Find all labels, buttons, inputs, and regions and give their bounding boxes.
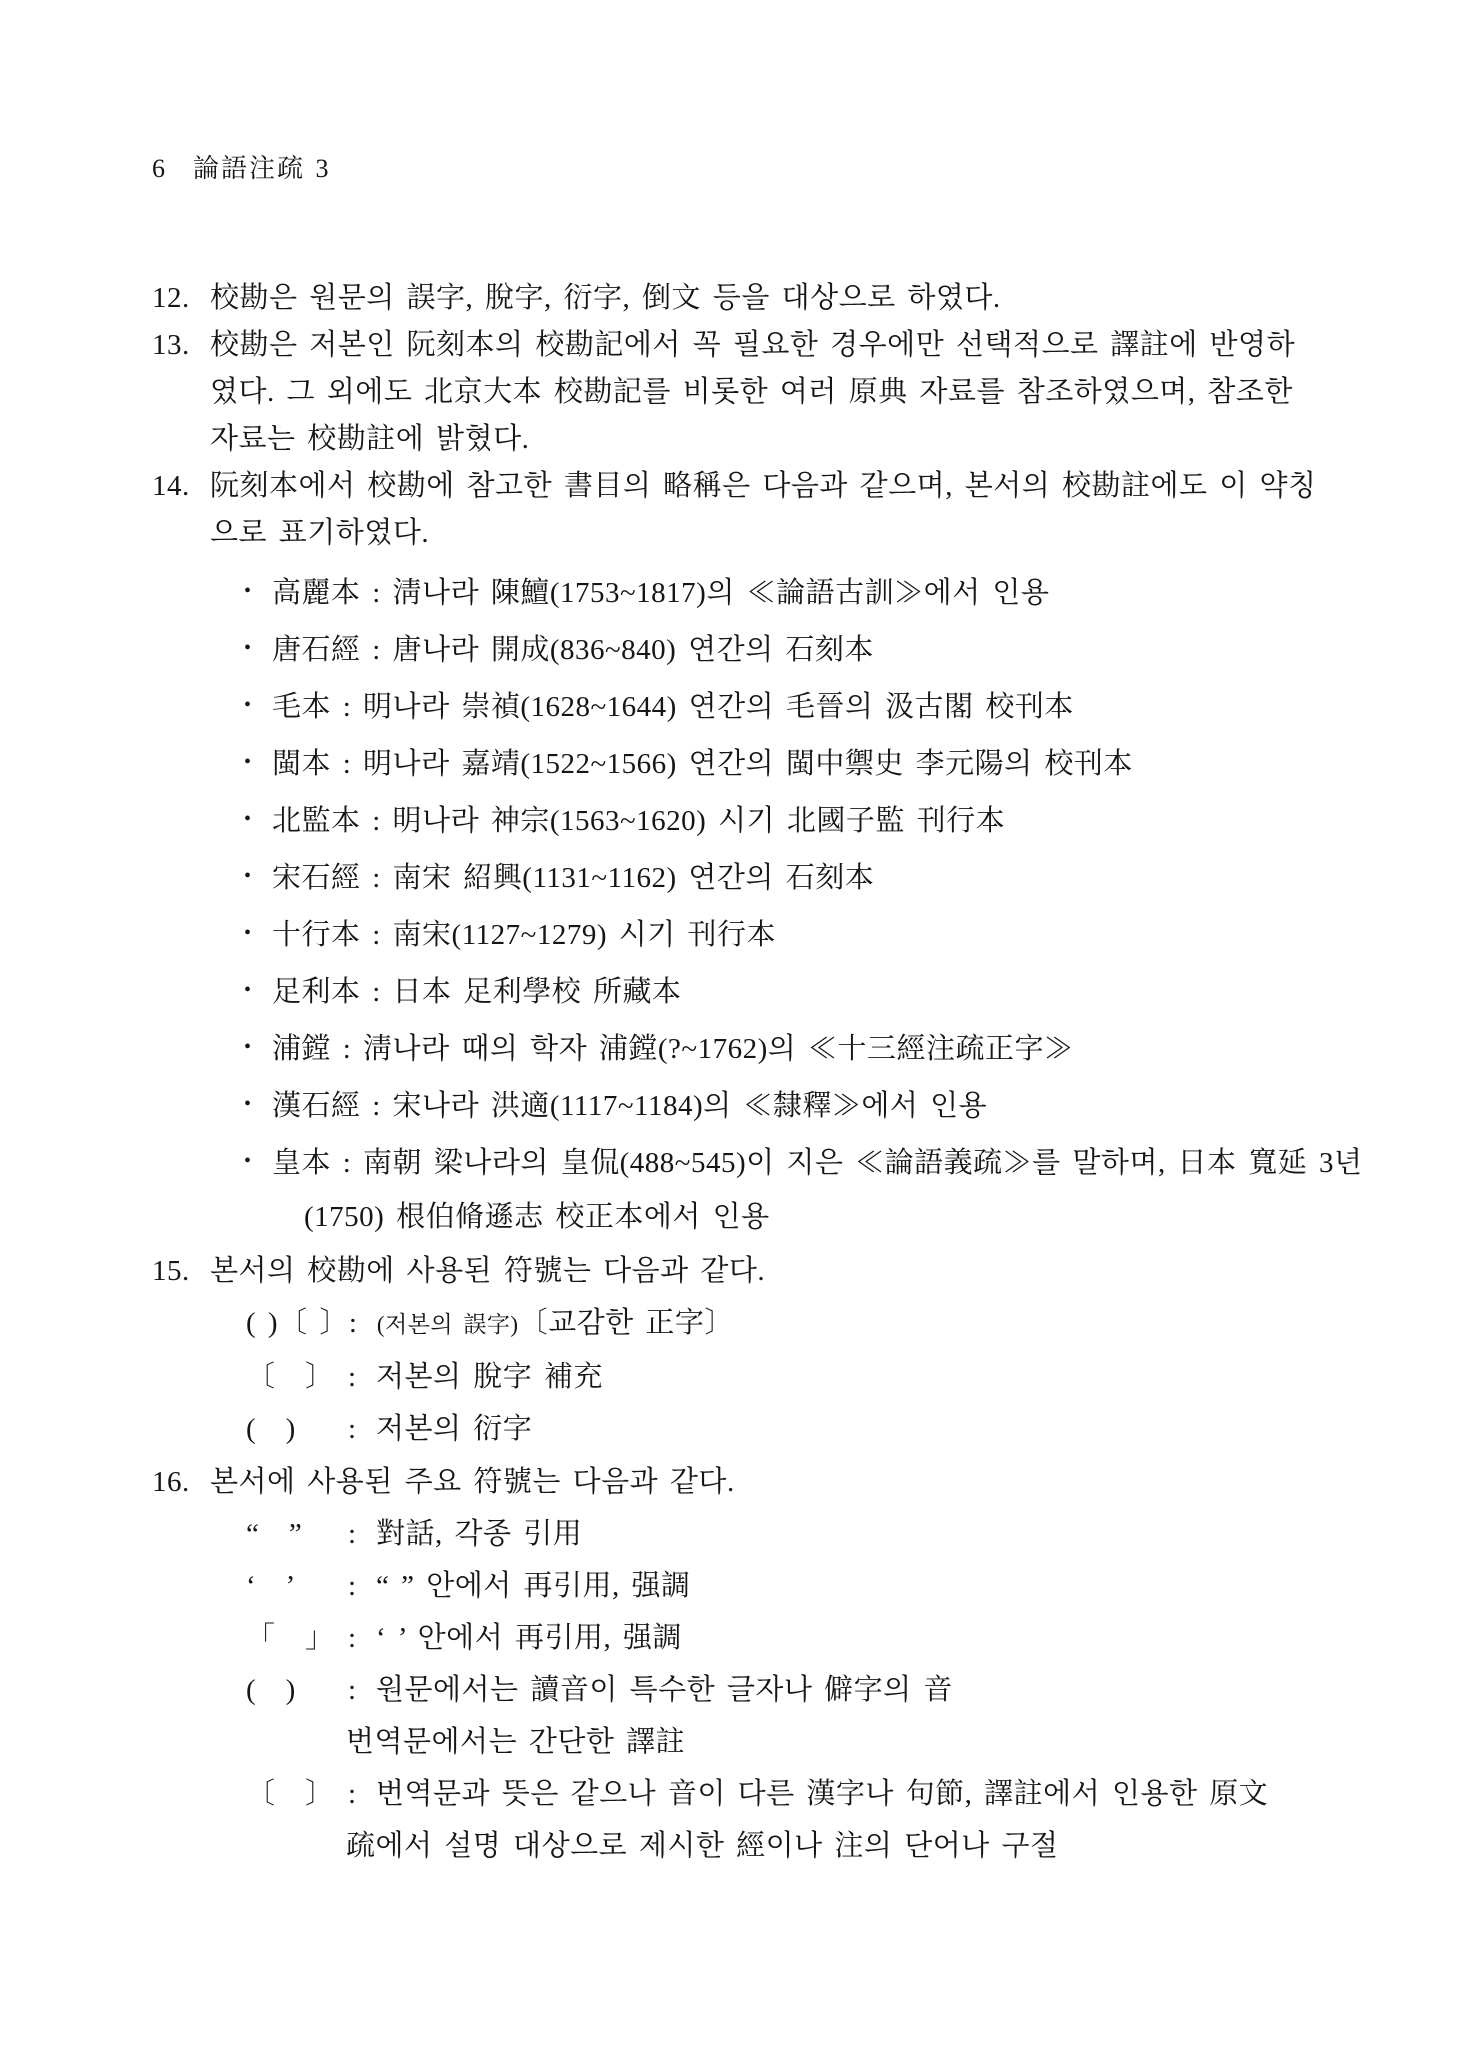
symbol-description: “ ” 안에서 再引用, 强調	[376, 1560, 691, 1612]
numbered-item-15: 15. 본서의 校勘에 사용된 符號는 다음과 같다. ( )〔 〕 : (저본…	[152, 1248, 1452, 1455]
symbol-description-main: 〔교감한 正字〕	[519, 1307, 734, 1339]
list-item-continuation: (1750) 根伯脩遜志 校正本에서 인용	[304, 1192, 1452, 1242]
list-item-text: 十行本 : 南宋(1127~1279) 시기 刊行本	[272, 919, 776, 951]
symbol-glyphs: ‘ ’	[246, 1560, 348, 1612]
item-number: 15.	[152, 1248, 190, 1295]
bullet-icon: •	[244, 734, 252, 791]
list-item-text: 皇本 : 南朝 梁나라의 皇侃(488~545)이 지은 ≪論語義疏≫를 말하며…	[272, 1147, 1362, 1179]
list-item-text: 宋石經 : 南宋 紹興(1131~1162) 연간의 石刻本	[272, 862, 874, 894]
symbol-description: 저본의 衍字	[376, 1403, 532, 1455]
symbol-description-continuation: 疏에서 설명 대상으로 제시한 經이나 注의 단어나 구절	[346, 1820, 1452, 1872]
list-item: •十行本 : 南宋(1127~1279) 시기 刊行本	[242, 907, 1452, 964]
page-content: 12. 校勘은 원문의 誤字, 脫字, 衍字, 倒文 등을 대상으로 하였다. …	[152, 275, 1452, 1876]
symbol-description: 對話, 각종 引用	[376, 1508, 582, 1560]
book-title: 論語注疏 3	[193, 154, 331, 183]
separator-colon: :	[348, 1612, 376, 1664]
list-item: •足利本 : 日本 足利學校 所藏本	[242, 964, 1452, 1021]
list-item-text: 閩本 : 明나라 嘉靖(1522~1566) 연간의 閩中禦史 李元陽의 校刊本	[272, 748, 1133, 780]
bullet-icon: •	[244, 1019, 252, 1076]
symbol-description: 번역문과 뜻은 같으나 音이 다른 漢字나 句節, 譯註에서 인용한 原文	[376, 1768, 1268, 1820]
list-item: •北監本 : 明나라 神宗(1563~1620) 시기 北國子監 刊行本	[242, 793, 1452, 850]
separator-colon: :	[348, 1664, 376, 1716]
symbol-glyphs: ( )	[246, 1403, 348, 1455]
symbol-glyphs: 〔 〕	[246, 1351, 348, 1403]
numbered-item-12: 12. 校勘은 원문의 誤字, 脫字, 衍字, 倒文 등을 대상으로 하였다.	[152, 275, 1452, 322]
symbol-description-continuation: 번역문에서는 간단한 譯註	[346, 1716, 1452, 1768]
item-line: 본서의 校勘에 사용된 符號는 다음과 같다.	[210, 1248, 1452, 1295]
separator-colon: :	[349, 1297, 377, 1351]
list-item-text: 北監本 : 明나라 神宗(1563~1620) 시기 北國子監 刊行本	[272, 805, 1005, 837]
item-line: 본서에 사용된 주요 符號는 다음과 같다.	[210, 1459, 1452, 1506]
list-item-text: 足利本 : 日本 足利學校 所藏本	[272, 976, 682, 1008]
numbered-item-14: 14. 阮刻本에서 校勘에 참고한 書目의 略稱은 다음과 같으며, 본서의 校…	[152, 463, 1452, 1242]
symbol-glyphs: ( )〔 〕	[246, 1297, 349, 1351]
bullet-icon: •	[244, 848, 252, 905]
separator-colon: :	[348, 1351, 376, 1403]
symbol-description: 원문에서는 讀音이 특수한 글자나 僻字의 音	[376, 1664, 953, 1716]
symbol-glyphs: ( )	[246, 1664, 348, 1716]
bullet-icon: •	[244, 962, 252, 1019]
bullet-icon: •	[244, 620, 252, 677]
bullet-icon: •	[244, 563, 252, 620]
separator-colon: :	[348, 1768, 376, 1820]
item-number: 13.	[152, 322, 190, 369]
symbol-description: ‘ ’ 안에서 再引用, 强調	[376, 1612, 682, 1664]
separator-colon: :	[348, 1560, 376, 1612]
item-number: 14.	[152, 463, 190, 510]
page-number: 6	[152, 154, 167, 183]
symbol-row: ( )〔 〕 : (저본의 誤字)〔교감한 正字〕	[246, 1297, 1452, 1351]
symbol-glyphs: 「 」	[246, 1612, 348, 1664]
item-number: 12.	[152, 275, 190, 322]
main-symbol-legend: “ ” : 對話, 각종 引用 ‘ ’ : “ ” 안에서 再引用, 强調 「 …	[246, 1508, 1452, 1872]
symbol-description: 저본의 脫字 補充	[376, 1351, 603, 1403]
symbol-row: 〔 〕 : 저본의 脫字 補充	[246, 1351, 1452, 1403]
document-page: 6論語注疏 3 12. 校勘은 원문의 誤字, 脫字, 衍字, 倒文 등을 대상…	[0, 0, 1480, 2048]
item-line: 였다. 그 외에도 北京大本 校勘記를 비롯한 여러 原典 자료를 참조하였으며…	[210, 369, 1452, 416]
separator-colon: :	[348, 1403, 376, 1455]
symbol-description-small: (저본의 誤字)	[377, 1312, 519, 1337]
bullet-icon: •	[244, 1076, 252, 1133]
list-item: •毛本 : 明나라 崇禎(1628~1644) 연간의 毛晉의 汲古閣 校刊本	[242, 679, 1452, 736]
item-line: 으로 표기하였다.	[210, 510, 1452, 557]
item-line: 校勘은 저본인 阮刻本의 校勘記에서 꼭 필요한 경우에만 선택적으로 譯註에 …	[210, 322, 1452, 369]
numbered-item-13: 13. 校勘은 저본인 阮刻本의 校勘記에서 꼭 필요한 경우에만 선택적으로 …	[152, 322, 1452, 463]
numbered-item-16: 16. 본서에 사용된 주요 符號는 다음과 같다. “ ” : 對話, 각종 …	[152, 1459, 1452, 1872]
list-item: •高麗本 : 淸나라 陳鱣(1753~1817)의 ≪論語古訓≫에서 인용	[242, 565, 1452, 622]
symbol-glyphs: 〔 〕	[246, 1768, 348, 1820]
bullet-icon: •	[244, 1133, 252, 1190]
separator-colon: :	[348, 1508, 376, 1560]
list-item: •宋石經 : 南宋 紹興(1131~1162) 연간의 石刻本	[242, 850, 1452, 907]
item-number: 16.	[152, 1459, 190, 1506]
item-line: 자료는 校勘註에 밝혔다.	[210, 416, 1452, 463]
symbol-row: ( ) : 원문에서는 讀音이 특수한 글자나 僻字의 音	[246, 1664, 1452, 1716]
symbol-row: ‘ ’ : “ ” 안에서 再引用, 强調	[246, 1560, 1452, 1612]
list-item: •浦鏜 : 淸나라 때의 학자 浦鏜(?~1762)의 ≪十三經注疏正字≫	[242, 1021, 1452, 1078]
bullet-icon: •	[244, 791, 252, 848]
page-header: 6論語注疏 3	[152, 148, 331, 185]
symbol-row: 「 」 : ‘ ’ 안에서 再引用, 强調	[246, 1612, 1452, 1664]
source-abbreviation-list: •高麗本 : 淸나라 陳鱣(1753~1817)의 ≪論語古訓≫에서 인용 •唐…	[242, 565, 1452, 1242]
list-item: •閩本 : 明나라 嘉靖(1522~1566) 연간의 閩中禦史 李元陽의 校刊…	[242, 736, 1452, 793]
symbol-glyphs: “ ”	[246, 1508, 348, 1560]
symbol-row: 〔 〕 : 번역문과 뜻은 같으나 音이 다른 漢字나 句節, 譯註에서 인용한…	[246, 1768, 1452, 1820]
symbol-description: (저본의 誤字)〔교감한 正字〕	[377, 1297, 734, 1351]
list-item-text: 浦鏜 : 淸나라 때의 학자 浦鏜(?~1762)의 ≪十三經注疏正字≫	[272, 1033, 1074, 1065]
collation-symbol-legend: ( )〔 〕 : (저본의 誤字)〔교감한 正字〕 〔 〕 : 저본의 脫字 補…	[246, 1297, 1452, 1455]
symbol-row: “ ” : 對話, 각종 引用	[246, 1508, 1452, 1560]
list-item: •漢石經 : 宋나라 洪適(1117~1184)의 ≪隸釋≫에서 인용	[242, 1078, 1452, 1135]
item-line: 阮刻本에서 校勘에 참고한 書目의 略稱은 다음과 같으며, 본서의 校勘註에도…	[210, 463, 1452, 510]
list-item-text: 高麗本 : 淸나라 陳鱣(1753~1817)의 ≪論語古訓≫에서 인용	[272, 577, 1049, 609]
bullet-icon: •	[244, 677, 252, 734]
symbol-row: ( ) : 저본의 衍字	[246, 1403, 1452, 1455]
list-item-text: 毛本 : 明나라 崇禎(1628~1644) 연간의 毛晉의 汲古閣 校刊本	[272, 691, 1074, 723]
list-item-text: 漢石經 : 宋나라 洪適(1117~1184)의 ≪隸釋≫에서 인용	[272, 1090, 987, 1122]
item-line: 校勘은 원문의 誤字, 脫字, 衍字, 倒文 등을 대상으로 하였다.	[210, 275, 1452, 322]
list-item: •唐石經 : 唐나라 開成(836~840) 연간의 石刻本	[242, 622, 1452, 679]
list-item-text: 唐石經 : 唐나라 開成(836~840) 연간의 石刻本	[272, 634, 874, 666]
bullet-icon: •	[244, 905, 252, 962]
list-item: •皇本 : 南朝 梁나라의 皇侃(488~545)이 지은 ≪論語義疏≫를 말하…	[242, 1135, 1452, 1192]
